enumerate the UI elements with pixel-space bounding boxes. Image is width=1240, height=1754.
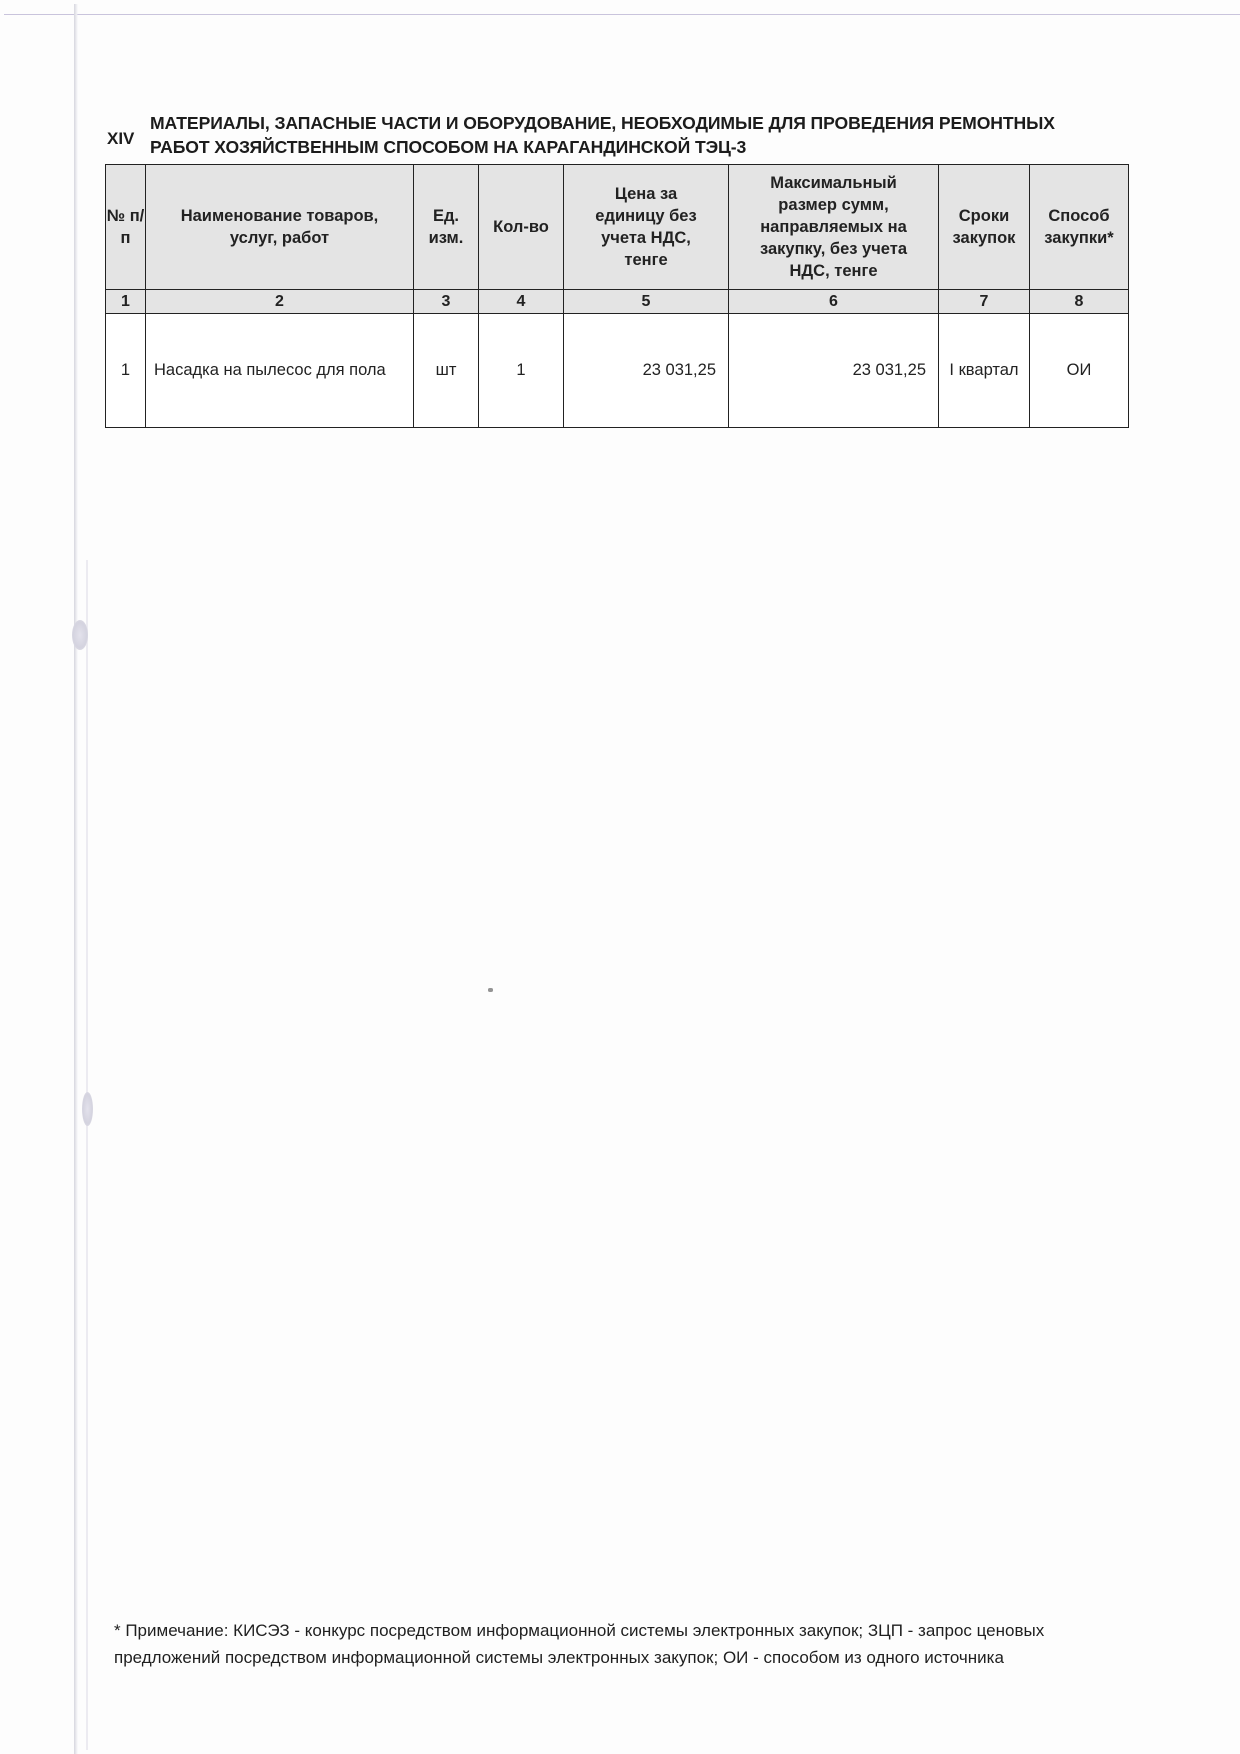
cell-unit-price: 23 031,25 [564,314,729,428]
col-number: 2 [146,290,414,314]
col-number: 8 [1030,290,1129,314]
col-number: 5 [564,290,729,314]
scan-edge-line [4,14,1240,15]
cell-period: I квартал [939,314,1030,428]
scan-binding-line [86,560,88,1750]
cell-method: ОИ [1030,314,1129,428]
col-number: 3 [414,290,479,314]
cell-unit: шт [414,314,479,428]
table-header-row: № п/п Наименование товаров, услуг, работ… [106,165,1129,290]
footnote: * Примечание: КИСЭЗ - конкурс посредство… [114,1617,1104,1671]
table-row: 1 Насадка на пылесос для пола шт 1 23 03… [106,314,1129,428]
procurement-table: № п/п Наименование товаров, услуг, работ… [105,164,1129,428]
scan-binding-shadow [74,4,78,1754]
col-header-method: Способ закупки* [1030,165,1129,290]
section-title: МАТЕРИАЛЫ, ЗАПАСНЫЕ ЧАСТИ И ОБОРУДОВАНИЕ… [150,111,1110,159]
punch-hole-mark [72,620,88,650]
col-header-unit-price: Цена за единицу без учета НДС, тенге [564,165,729,290]
col-number: 1 [106,290,146,314]
col-number: 4 [479,290,564,314]
cell-name: Насадка на пылесос для пола [146,314,414,428]
col-number: 7 [939,290,1030,314]
section-number: XIV [107,129,134,149]
col-number: 6 [729,290,939,314]
col-header-unit: Ед. изм. [414,165,479,290]
item-name: Насадка на пылесос для пола [148,359,403,382]
column-number-row: 1 2 3 4 5 6 7 8 [106,290,1129,314]
col-header-period: Сроки закупок [939,165,1030,290]
cell-max-amount: 23 031,25 [729,314,939,428]
col-header-max-amount: Максимальный размер сумм, направляемых н… [729,165,939,290]
col-header-name: Наименование товаров, услуг, работ [146,165,414,290]
col-header-qty: Кол-во [479,165,564,290]
col-header-number: № п/п [106,165,146,290]
scan-speck [488,988,493,992]
punch-hole-mark [82,1092,93,1126]
cell-qty: 1 [479,314,564,428]
cell-number: 1 [106,314,146,428]
